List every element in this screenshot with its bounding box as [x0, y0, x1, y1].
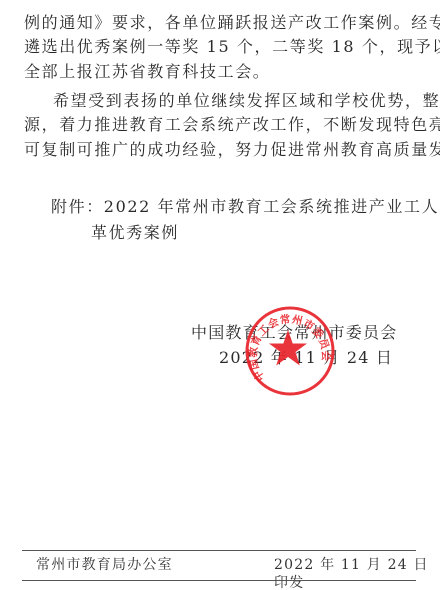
attachment-line-2: 革优秀案例: [91, 223, 179, 243]
footer-bottom-rule: [22, 580, 416, 581]
footer-issuer: 常州市教育局办公室: [36, 556, 173, 574]
footer-issue-date: 2022 年 11 月 24 日印发: [274, 556, 440, 590]
signature-date: 2022 年 11 月 24 日: [219, 348, 393, 368]
paragraph-line: 遴选出优秀案例一等奖 15 个，二等奖 18 个，现予以通报表扬并: [24, 37, 440, 57]
attachment-line-1: 附件：2022 年常州市教育工会系统推进产业工人队伍建设改: [51, 197, 440, 217]
paragraph-line: 希望受到表扬的单位继续发挥区域和学校优势，整合运用资: [53, 91, 440, 111]
paragraph-line: 全部上报江苏省教育科技工会。: [24, 62, 270, 82]
paragraph-line: 源，着力推进教育工会系统产改工作，不断发现特色亮点，形成: [24, 115, 440, 135]
paragraph-line: 例的通知》要求，各单位踊跃报送产改工作案例。经专家组评审，: [24, 13, 440, 33]
paragraph-line: 可复制可推广的成功经验，努力促进常州教育高质量发展。: [24, 140, 440, 160]
footer-top-rule: [22, 550, 416, 551]
signature-organization: 中国教育工会常州市委员会: [191, 323, 397, 343]
